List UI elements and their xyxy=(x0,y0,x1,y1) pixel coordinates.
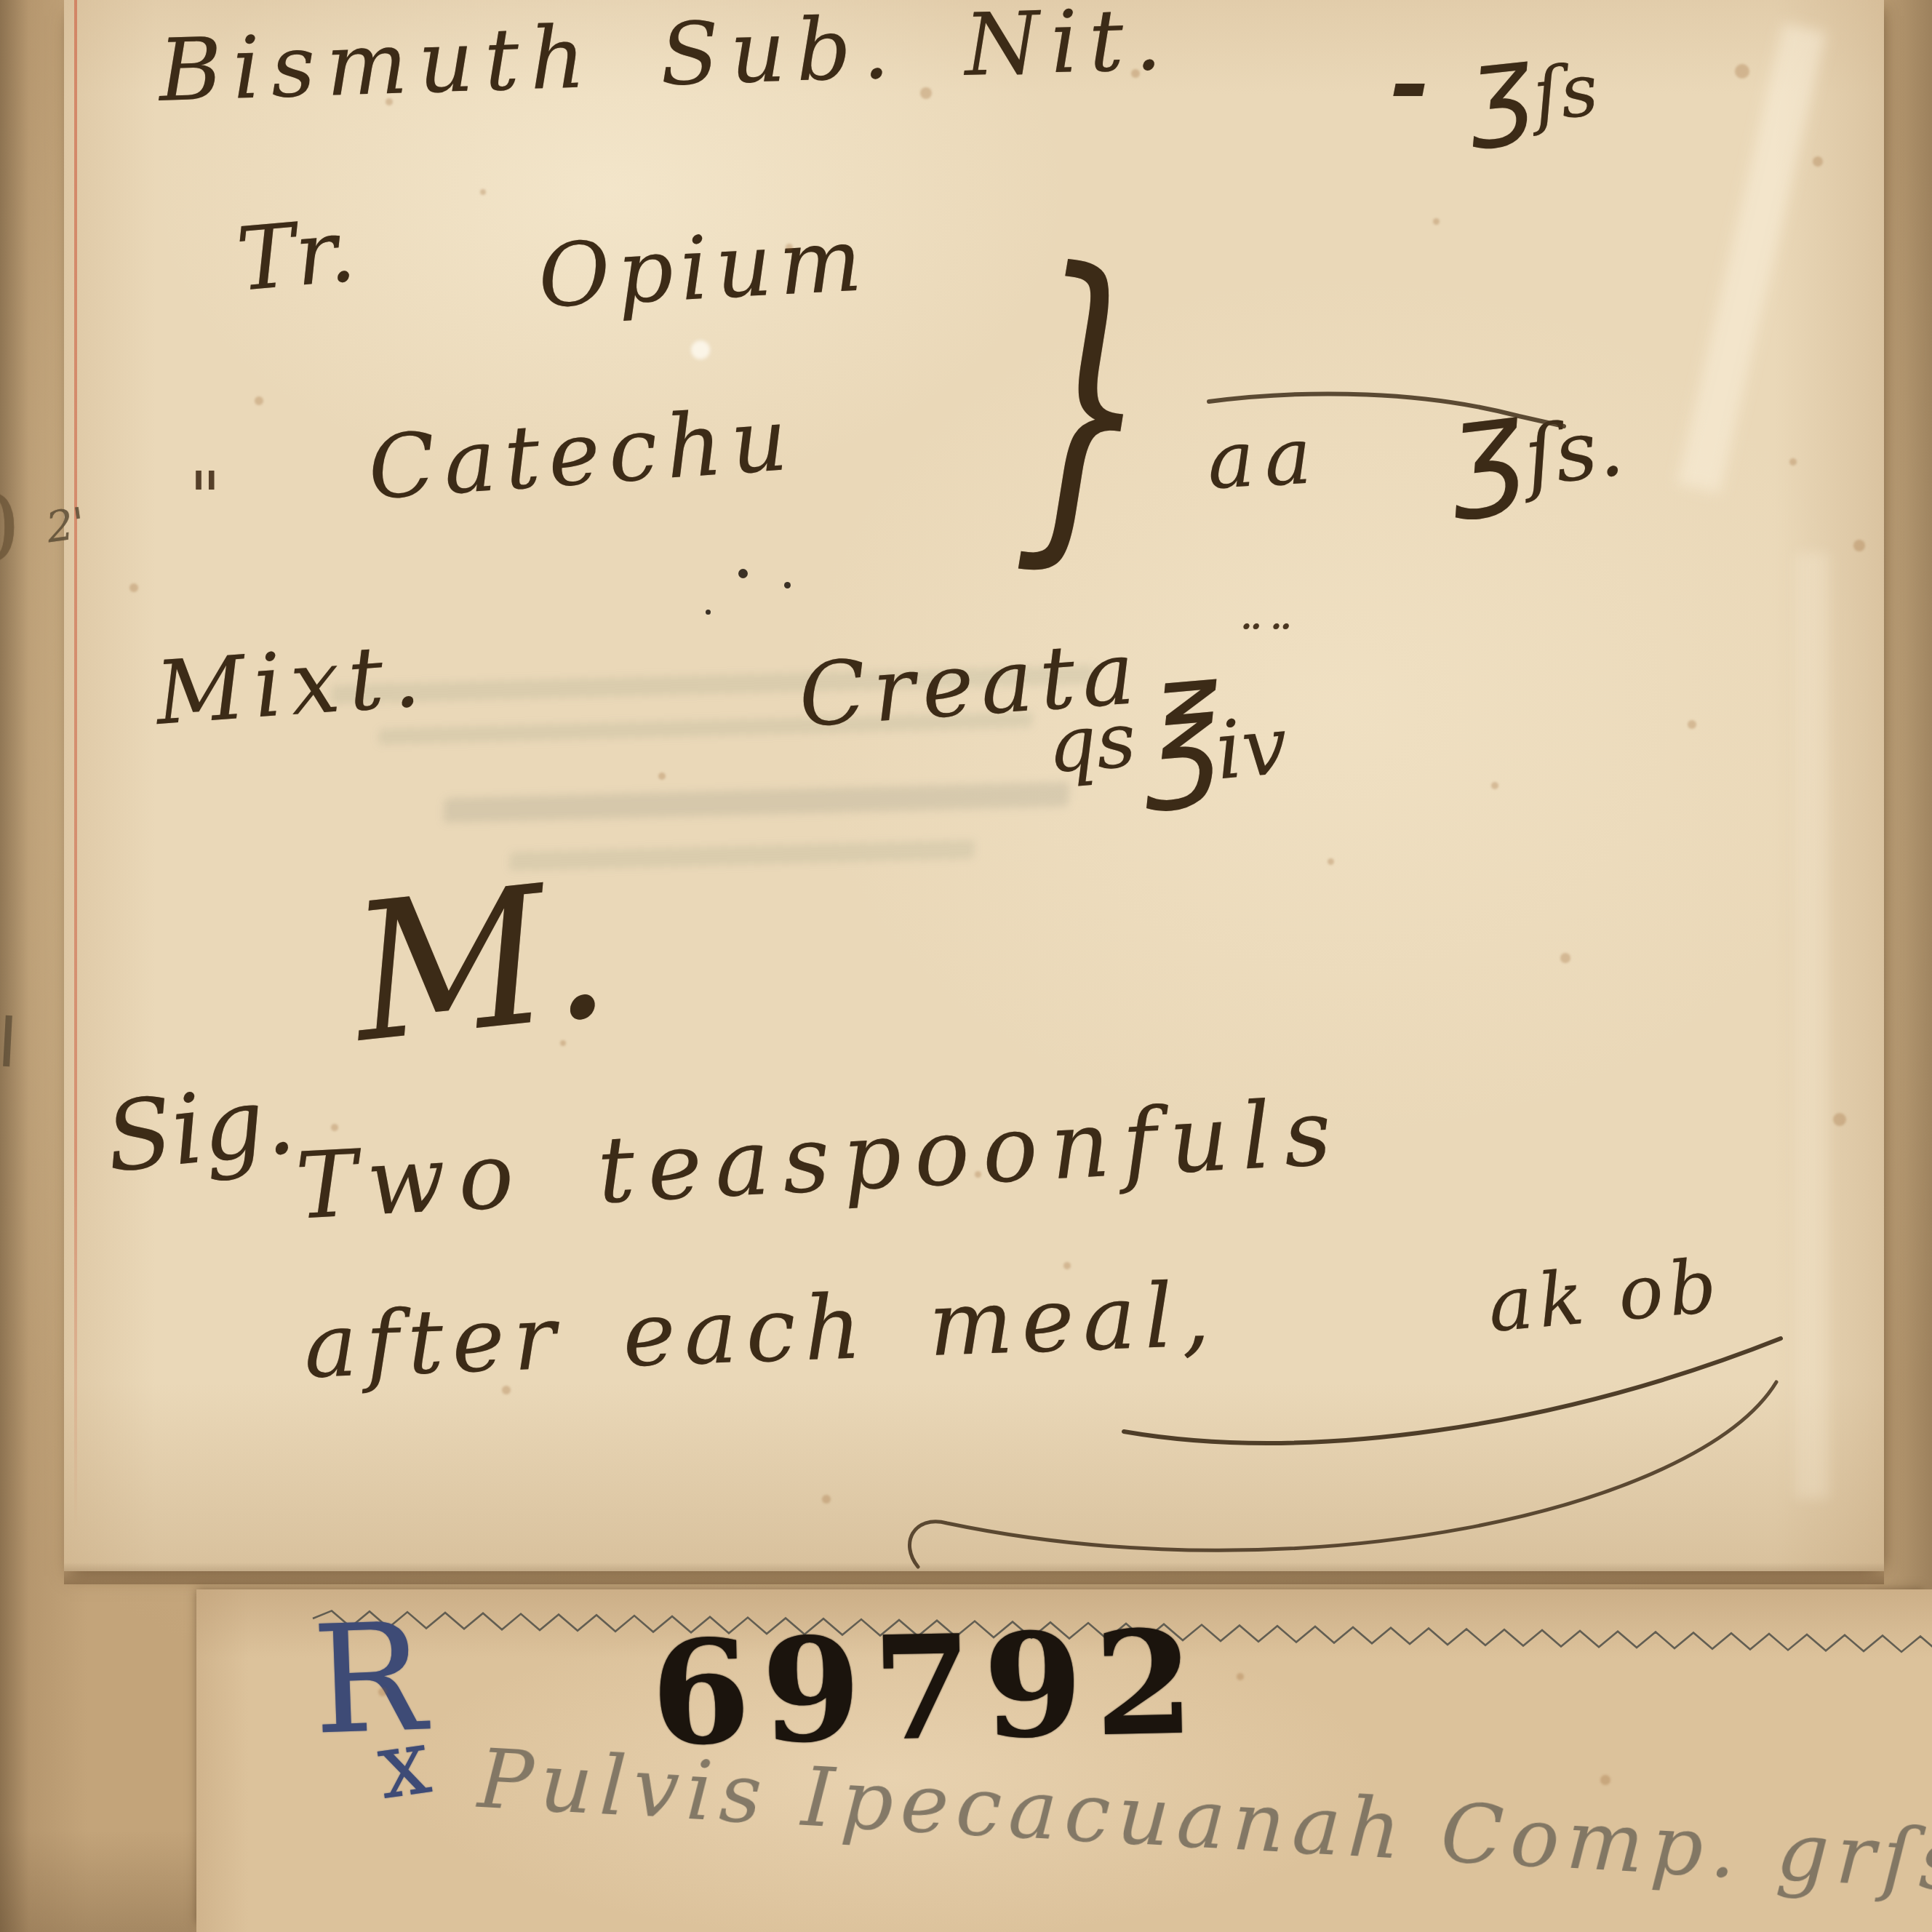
dram-symbol: ʒ xyxy=(1463,21,1538,153)
misce-mark: M. xyxy=(343,840,618,1085)
ingredient-1-dash: - xyxy=(1389,26,1429,137)
sig-annotation: ak ob xyxy=(1485,1242,1725,1349)
foxing-spot xyxy=(1131,69,1140,78)
foxing-spot xyxy=(1063,1262,1071,1269)
foxing-spot xyxy=(1735,64,1749,79)
foxing-spot xyxy=(129,583,138,592)
foxing-spot xyxy=(1328,858,1334,865)
prescription-photo: Bismuth Sub. Nit. - ʒſs Tr. Opium " Cate… xyxy=(0,0,1932,1932)
foxing-spot xyxy=(658,773,666,780)
margin-rule xyxy=(74,0,77,1531)
ingredient-4-quantity: ℥iv xyxy=(1133,652,1292,817)
label-strip: R x 69792 Pulvis Ipecacuanah Comp. grſs xyxy=(196,1589,1932,1932)
margin-partial-mark: 0 xyxy=(0,476,20,582)
ink-speck xyxy=(784,582,791,588)
foxing-spot xyxy=(331,1124,338,1131)
foxing-spot xyxy=(378,1688,387,1696)
ounce-amount: iv xyxy=(1212,698,1290,797)
group-aa: aa xyxy=(1205,410,1324,507)
foxing-spot xyxy=(502,1386,511,1394)
slip-bottom-shadow xyxy=(64,1562,1884,1584)
foxing-spot xyxy=(1813,156,1823,167)
foxing-spot xyxy=(255,396,263,405)
sig-when: after each meal, xyxy=(303,1263,1220,1398)
ingredient-2-name: Opium xyxy=(536,209,871,328)
foxing-spot xyxy=(1833,1113,1846,1126)
foxing-spot xyxy=(1853,540,1865,551)
ingredient-2-abbr: Tr. xyxy=(233,200,359,311)
dram-amount: ſs xyxy=(1529,47,1602,138)
foxing-spot xyxy=(1688,720,1696,729)
ingredient-3-name: Catechu xyxy=(365,389,799,520)
prescription-number: 69792 xyxy=(650,1611,1207,1765)
foxing-spot xyxy=(822,1495,831,1504)
foxing-spot xyxy=(1600,1775,1610,1785)
foxing-spot xyxy=(1491,782,1498,789)
ink-speck xyxy=(706,610,711,615)
ingredient-4-name: Mixt. xyxy=(153,625,432,745)
foxing-spot xyxy=(920,87,932,99)
paper-crease xyxy=(1677,23,1827,494)
prescription-slip: Bismuth Sub. Nit. - ʒſs Tr. Opium " Cate… xyxy=(64,0,1884,1571)
margin-tick xyxy=(3,1015,12,1066)
dram-symbol: ʒ xyxy=(1442,370,1533,525)
ditto-mark: " xyxy=(189,458,221,538)
foxing-spot xyxy=(386,98,393,105)
paper-tear-highlight xyxy=(691,340,710,359)
foxing-spot xyxy=(480,189,486,195)
ingredient-1-name: Bismuth Sub. Nit. xyxy=(157,0,1174,121)
foxing-spot xyxy=(560,1040,566,1046)
ingredient-4-qs: qs xyxy=(1045,695,1138,790)
foxing-spot xyxy=(1433,218,1440,225)
group-quantity: ʒſs. xyxy=(1442,357,1630,524)
ingredient-1-quantity: ʒſs xyxy=(1463,14,1602,153)
bleedthrough-text xyxy=(443,782,1069,823)
group-brace: } xyxy=(1011,225,1155,580)
ink-speck xyxy=(738,569,748,578)
margin-note: 2' xyxy=(44,498,89,553)
foxing-spot xyxy=(975,1171,981,1178)
sig-dose: Two teaspoonfuls xyxy=(293,1078,1346,1240)
foxing-spot xyxy=(1560,953,1570,963)
foxing-spot xyxy=(1789,458,1797,466)
paper-crease xyxy=(1795,553,1829,1498)
foxing-spot xyxy=(1237,1673,1244,1680)
dram-amount: ſs. xyxy=(1520,399,1628,505)
sig-label: Sig. xyxy=(101,1063,300,1194)
ounce-symbol: ℥ xyxy=(1133,658,1221,816)
foxing-spot xyxy=(786,244,793,251)
